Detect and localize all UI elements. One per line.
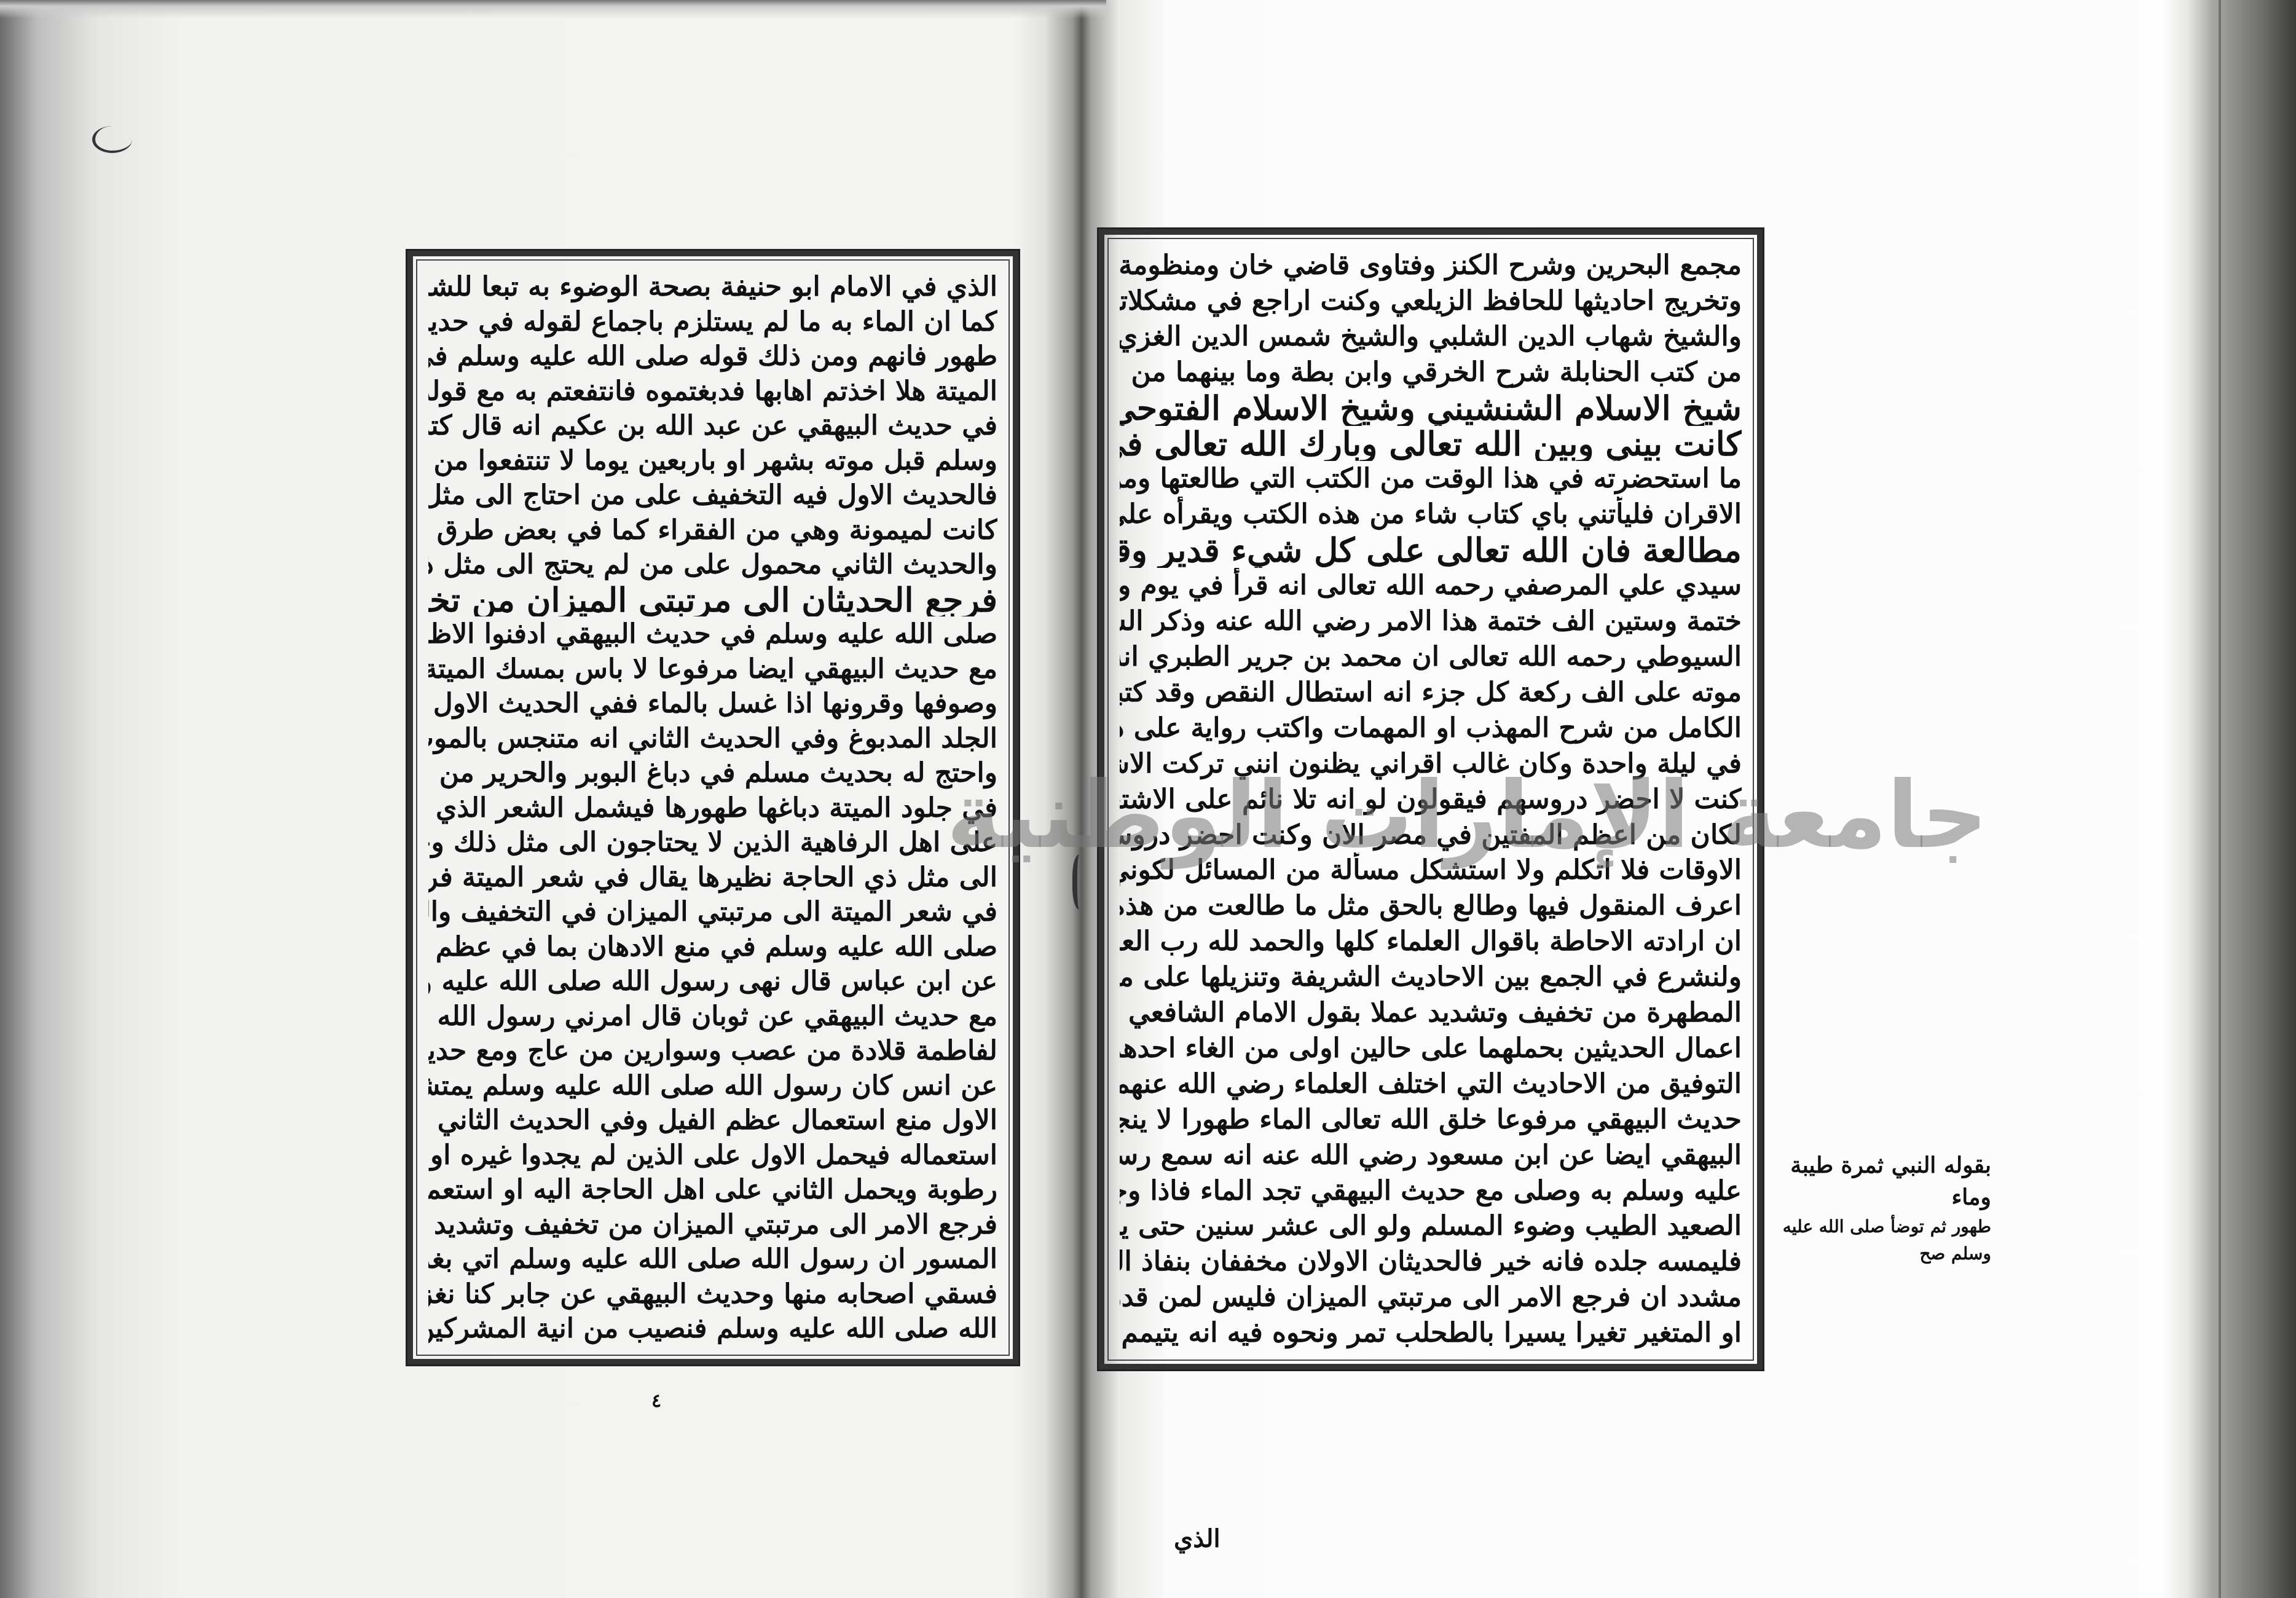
text-line: التوفيق من الاحاديث التي اختلف العلماء ر… bbox=[1120, 1066, 1742, 1102]
text-line: فسقي اصحابه منها وحديث البيهقي عن جابر ك… bbox=[428, 1277, 997, 1312]
text-line: كانت بيني وبين الله تعالى وبارك الله تعا… bbox=[1120, 426, 1742, 462]
text-line: الصعيد الطيب وضوء المسلم ولو الى عشر سني… bbox=[1120, 1208, 1742, 1244]
text-line: على اهل الرفاهية الذين لا يحتاجون الى مث… bbox=[428, 825, 997, 860]
text-line: حديث البيهقي مرفوعا خلق الله تعالى الماء… bbox=[1120, 1102, 1742, 1138]
text-line: الاقران فليأتني باي كتاب شاء من هذه الكت… bbox=[1120, 497, 1742, 532]
text-line: ما استحضرته في هذا الوقت من الكتب التي ط… bbox=[1120, 461, 1742, 497]
ink-mark bbox=[92, 126, 132, 153]
text-line: ان ارادته الاحاطة باقوال العلماء كلها وا… bbox=[1120, 924, 1742, 959]
text-line: عن انس كان رسول الله صلى الله عليه وسلم … bbox=[428, 1068, 997, 1103]
text-line: موته على الف ركعة كل جزء انه استطال النق… bbox=[1120, 675, 1742, 710]
text-line: من كتب الحنابلة شرح الخرقي وابن بطة وما … bbox=[1120, 355, 1742, 390]
text-line: والحديث الثاني محمول على من لم يحتج الى … bbox=[428, 547, 997, 582]
text-line: صلى الله عليه وسلم في منع الادهان بما في… bbox=[428, 929, 997, 964]
text-line: وسلم قبل موته بشهر او باربعين يوما لا تن… bbox=[428, 443, 997, 478]
text-line: الاول منع استعمال عظم الفيل وفي الحديث ا… bbox=[428, 1103, 997, 1138]
text-line: مطالعة فان الله تعالى على كل شيء قدير وق… bbox=[1120, 532, 1742, 568]
text-line: مع حديث البيهقي ايضا مرفوعا لا باس بمسك … bbox=[428, 651, 997, 687]
text-line: مع حديث البيهقي عن ثوبان قال امرني رسول … bbox=[428, 999, 997, 1034]
text-line: عن ابن عباس قال نهى رسول الله صلى الله ع… bbox=[428, 964, 997, 999]
text-line: مشدد ان فرجع الامر الى مرتبتي الميزان فل… bbox=[1120, 1280, 1742, 1315]
text-line: الجلد المدبوغ وفي الحديث الثاني انه متنج… bbox=[428, 721, 997, 756]
text-line: ولنشرع في الجمع بين الاحاديث الشريفة وتن… bbox=[1120, 959, 1742, 995]
text-line: والشيخ شهاب الدين الشلبي والشيخ شمس الدي… bbox=[1120, 319, 1742, 355]
left-page: الذي في الامام ابو حنيفة بصحة الوضوء به … bbox=[406, 249, 1020, 1368]
text-line: في حديث البيهقي عن عبد الله بن عكيم انه … bbox=[428, 408, 997, 443]
binding-edge bbox=[2219, 0, 2221, 1598]
margin-note: بقوله النبي ثمرة طيبة وماء طهور ثم توضأ … bbox=[1770, 1149, 1991, 1267]
text-line: طهور فانهم ومن ذلك قوله صلى الله عليه وس… bbox=[428, 339, 997, 374]
top-edge-shadow bbox=[0, 0, 1106, 18]
text-line: المسور ان رسول الله صلى الله عليه وسلم ا… bbox=[428, 1242, 997, 1277]
text-line: رطوبة ويحمل الثاني على اهل الحاجة اليه ا… bbox=[428, 1172, 997, 1207]
text-line: الله صلى الله عليه وسلم فنصيب من انية ال… bbox=[428, 1311, 997, 1346]
text-line: الكامل من شرح المهذب او المهمات واكتب رو… bbox=[1120, 710, 1742, 746]
left-page-text-block: الذي في الامام ابو حنيفة بصحة الوضوء به … bbox=[428, 269, 997, 1346]
text-line: استعماله فيحمل الاول على الذين لم يجدوا … bbox=[428, 1138, 997, 1173]
text-line: وصوفها وقرونها اذا غسل بالماء ففي الحديث… bbox=[428, 686, 997, 721]
text-line: او المتغير تغيرا يسيرا بالطحلب تمر ونحوه… bbox=[1120, 1315, 1742, 1351]
text-line: سيدي علي المرصفي رحمه الله تعالى انه قرأ… bbox=[1120, 568, 1742, 604]
text-line: المطهرة من تخفيف وتشديد عملا بقول الامام… bbox=[1120, 995, 1742, 1031]
text-line: عليه وسلم به وصلى مع حديث البيهقي تجد ال… bbox=[1120, 1173, 1742, 1209]
text-line: الميتة هلا اخذتم اهابها فدبغتموه فانتفعت… bbox=[428, 374, 997, 409]
text-line: فرجع الحديثان الى مرتبتي الميزان من تخفي… bbox=[428, 582, 997, 617]
text-line: فرجع الامر الى مرتبتي الميزان من تخفيف و… bbox=[428, 1207, 997, 1242]
library-watermark: جامعة الإمارات الوطنية bbox=[946, 762, 1988, 869]
margin-note-line: بقوله النبي ثمرة طيبة وماء bbox=[1770, 1149, 1991, 1213]
text-line: كانت لميمونة وهي من الفقراء كما في بعض ط… bbox=[428, 513, 997, 548]
left-page-text-frame: الذي في الامام ابو حنيفة بصحة الوضوء به … bbox=[406, 249, 1020, 1366]
text-line: صلى الله عليه وسلم في حديث البيهقي ادفنو… bbox=[428, 616, 997, 651]
text-line: اعرف المنقول فيها وطالع بالحق مثل ما طال… bbox=[1120, 888, 1742, 924]
text-line: فالحديث الاول فيه التخفيف على من احتاج ا… bbox=[428, 478, 997, 513]
text-line: في شعر الميتة الى مرتبتي الميزان في التخ… bbox=[428, 894, 997, 929]
margin-note-line: طهور ثم توضأ صلى الله عليه وسلم صح bbox=[1770, 1213, 1991, 1267]
text-line: مجمع البحرين وشرح الكنز وفتاوى قاضي خان … bbox=[1120, 248, 1742, 283]
text-line: فليمسه جلده فانه خير فالحديثان الاولان م… bbox=[1120, 1244, 1742, 1280]
text-line: كما ان الماء به ما لم يستلزم باجماع لقول… bbox=[428, 304, 997, 339]
text-line: واحتج له بحديث مسلم في دباغ البوبر والحر… bbox=[428, 755, 997, 790]
text-line: ختمة وستين الف ختمة هذا الامر رضي الله ع… bbox=[1120, 604, 1742, 639]
text-line: الى مثل ذي الحاجة نظيرها يقال في شعر الم… bbox=[428, 860, 997, 895]
text-line: لفاطمة قلادة من عصب وسوارين من عاج ومع ح… bbox=[428, 1033, 997, 1068]
text-line: في جلود الميتة دباغها طهورها فيشمل الشعر… bbox=[428, 790, 997, 825]
text-line: وتخريج احاديثها للحافظ الزيلعي وكنت اراج… bbox=[1120, 283, 1742, 319]
left-page-folio-mark: ٤ bbox=[651, 1390, 661, 1412]
text-line: السيوطي رحمه الله تعالى ان محمد بن جرير … bbox=[1120, 639, 1742, 675]
text-line: اعمال الحديثين بحملهما على حالين اولى من… bbox=[1120, 1031, 1742, 1066]
text-line: الذي في الامام ابو حنيفة بصحة الوضوء به … bbox=[428, 269, 997, 304]
text-line: شيخ الاسلام الشنشيني وشيخ الاسلام الفتوح… bbox=[1120, 390, 1742, 426]
text-line: البيهقي ايضا عن ابن مسعود رضي الله عنه ا… bbox=[1120, 1138, 1742, 1173]
catchword: الذي bbox=[1174, 1524, 1221, 1553]
